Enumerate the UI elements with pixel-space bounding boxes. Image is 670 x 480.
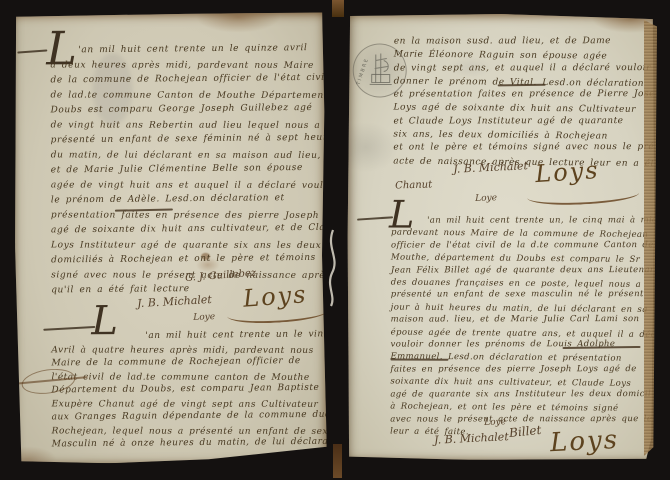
drop-cap-flourish	[357, 216, 393, 220]
signature-paraph	[227, 302, 327, 326]
manuscript-line: Département du Doubs, est comparu Jean B…	[51, 382, 323, 398]
page-stack-edge	[644, 20, 657, 456]
manuscript-line: et de Marie Julie Clémentine Belle son é…	[51, 161, 323, 179]
manuscript-line: faites en présence des pierre Joseph Loy…	[390, 363, 652, 376]
manuscript-line: 'an mil huit cent trente un le quinze av…	[78, 41, 322, 58]
signature-deputy-loye: Loye	[484, 417, 506, 428]
manuscript-line: 'an mil huit cent trente un le vingt six	[145, 328, 323, 343]
drop-cap-flourish	[17, 49, 47, 53]
manuscript-line: présenté un enfant de sexe masculin né l…	[391, 289, 653, 302]
left-page: L 'an mil huit cent trente un le quinze …	[14, 12, 327, 463]
act1-text: 'an mil huit cent trente un le quinze av…	[50, 42, 323, 298]
act3-text: 'an mil huit cent trente un, le cinq mai…	[390, 215, 653, 439]
manuscript-line: aux Granges Raguin dépendante de la comm…	[52, 409, 324, 425]
manuscript-line: présenté un enfant de sexe féminin né à …	[51, 131, 323, 149]
act2-text: 'an mil huit cent trente un le vingt six…	[51, 329, 323, 451]
signature-mayor-michalet: J. B. Michalet	[434, 430, 509, 447]
binding-thread-icon	[324, 228, 342, 308]
signature-deputy-loye: Loye	[193, 312, 215, 323]
manuscript-line: en la maison susd. aud lieu, et de Dame	[394, 35, 648, 49]
manuscript-line: Maire de la commune de Rochejean officie…	[51, 355, 323, 371]
manuscript-line: de vingt sept ans, et auquel il a déclar…	[394, 62, 648, 76]
signature-witness-loys: Loys	[534, 156, 600, 188]
manuscript-line: maison aud. lieu, et de Marie Julie Carl…	[391, 313, 653, 326]
manuscript-line: et Claude Loys Instituteur agé de quaran…	[393, 115, 647, 129]
signature-deputy-loye: Loye	[475, 193, 497, 204]
signature-mayor-michalet: J. B. Michalet	[137, 293, 212, 310]
spine-bottom	[333, 444, 342, 478]
manuscript-line: avec nous le présent acte de naissance a…	[390, 413, 652, 426]
spine-top	[332, 0, 344, 17]
signature-father-chanut: Chanut	[395, 179, 432, 191]
manuscript-line: le prénom de Adèle. Lesd.on déclaration …	[51, 191, 323, 209]
manuscript-line: 'an mil huit cent trente un, le cinq mai…	[427, 214, 653, 227]
manuscript-line: agé de soixante dix huit ans cultivateur…	[51, 221, 323, 239]
manuscript-line: officier de l'état civil de la d.te comm…	[391, 239, 653, 252]
emmanuel-underline	[390, 359, 448, 361]
signature-mayor-michalet: J. B. Michalet	[453, 159, 528, 176]
manuscript-line: Masculin né à onze heures du matin, de l…	[52, 436, 324, 452]
manuscript-line: et ont le père et témoins signé avec nou…	[393, 141, 647, 155]
manuscript-line: agé de quarante six ans Instituteur les …	[390, 388, 652, 401]
manuscript-line: Doubs est comparu George Joseph Guillebe…	[50, 101, 322, 119]
act2-continued-text: en la maison susd. aud lieu, et de DameM…	[393, 36, 648, 170]
scanned-register-spread: L 'an mil huit cent trente un le quinze …	[0, 0, 670, 480]
right-page: TIMBRE en la maison susd. aud lieu, et d…	[346, 13, 655, 460]
manuscript-line: domiciliés à Rochejean et ont le père et…	[51, 251, 323, 269]
manuscript-line: vouloir donner les prénoms de Louis Adol…	[391, 338, 653, 351]
manuscript-line: Jean Félix Billet agé de quarante deux a…	[391, 264, 653, 277]
manuscript-line: de la commune de Rochejean officier de l…	[50, 71, 322, 89]
manuscript-line: et présentation faites en présence de Pi…	[394, 88, 648, 102]
